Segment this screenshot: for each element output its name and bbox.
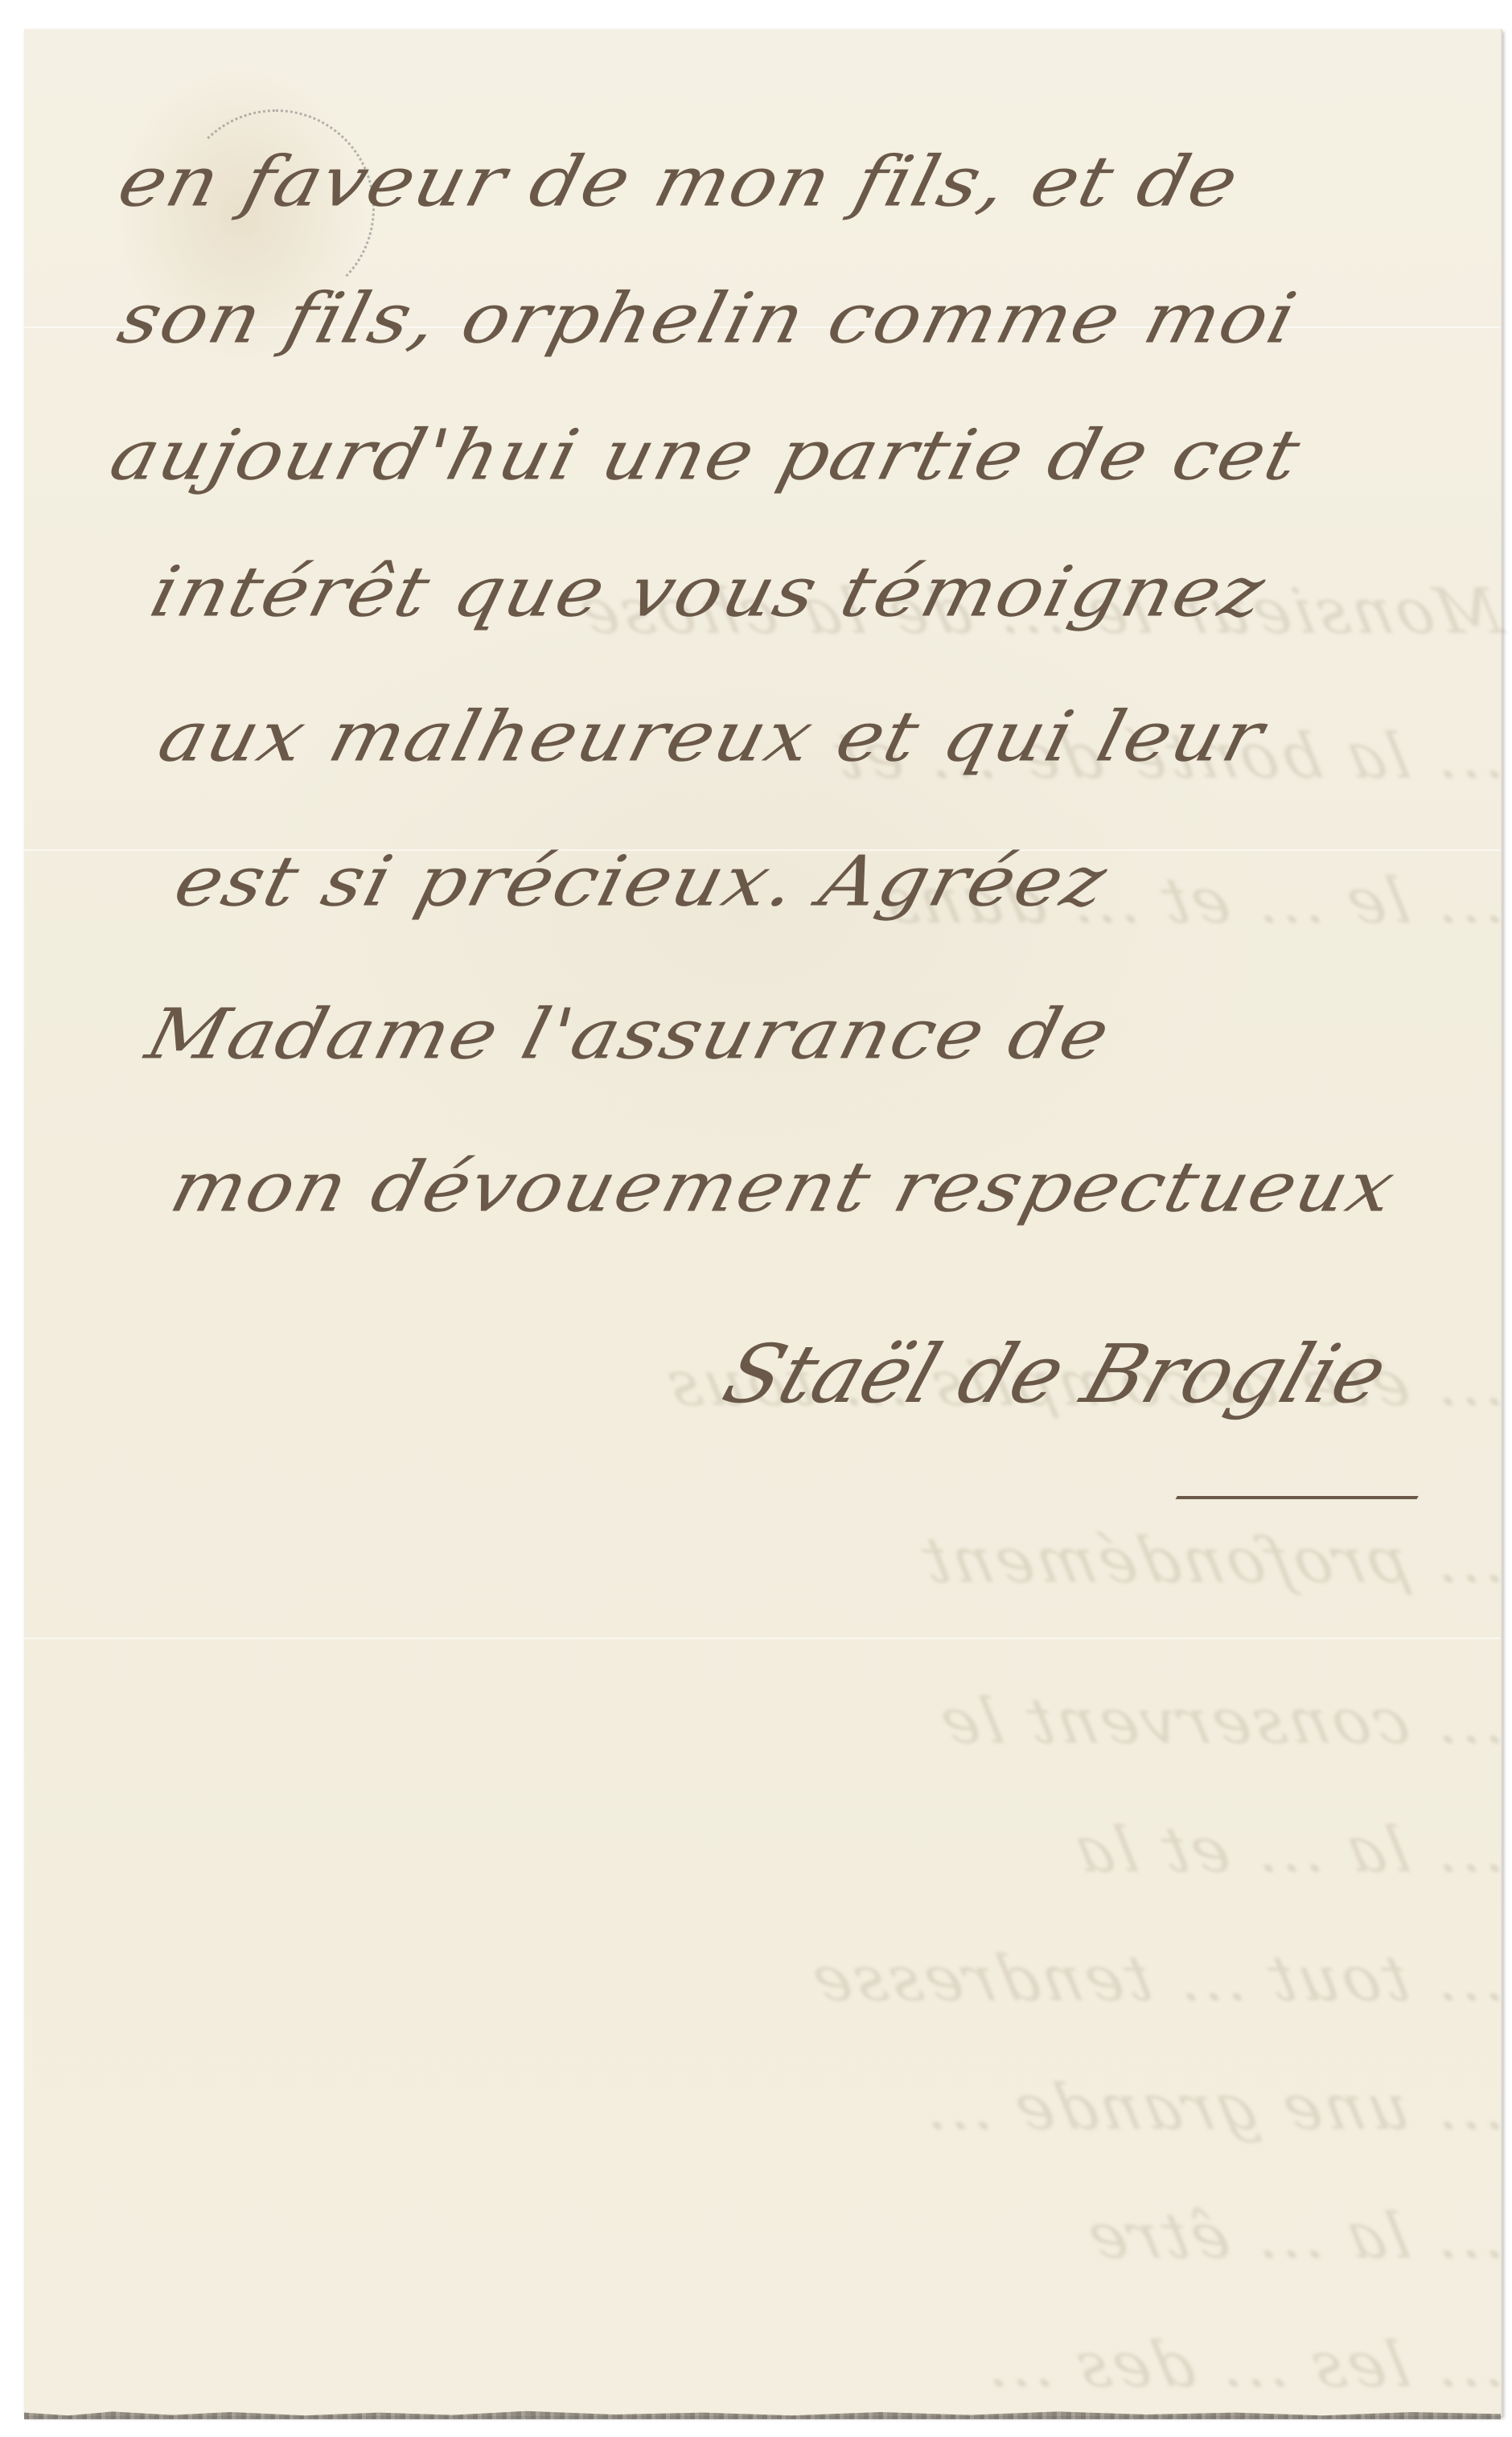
- fold-crease: [24, 1638, 1501, 1639]
- bleed-through-text: ... une grande ...: [16, 2072, 1508, 2144]
- letter-line: aux malheureux et qui leur: [150, 697, 1272, 778]
- bleed-through-text: ... les ... des ...: [16, 2329, 1508, 2402]
- letter-line: intérêt que vous témoignez: [142, 552, 1274, 633]
- letter-line: en faveur de mon fils, et de: [110, 142, 1247, 223]
- signature: Staël de Broglie: [713, 1327, 1399, 1421]
- bleed-through-text: ... tout ... tendresse: [16, 1943, 1508, 2016]
- letter-line: son fils, orphelin comme moi: [110, 278, 1305, 360]
- bleed-through-text: ... la ... et la: [16, 1814, 1508, 1887]
- letter-line: mon dévouement respectueux: [162, 1147, 1403, 1228]
- bleed-through-text: ... la ... être: [16, 2201, 1508, 2273]
- letter-line: Madame l'assurance de: [138, 994, 1119, 1075]
- bleed-through-text: ... conservent le: [16, 1686, 1508, 1758]
- signature-flourish: [1176, 1448, 1447, 1499]
- bleed-through-text: ... profondément: [16, 1525, 1508, 1597]
- letter-line: aujourd'hui une partie de cet: [102, 415, 1309, 496]
- letter-line: est si précieux. Agréez: [166, 841, 1116, 923]
